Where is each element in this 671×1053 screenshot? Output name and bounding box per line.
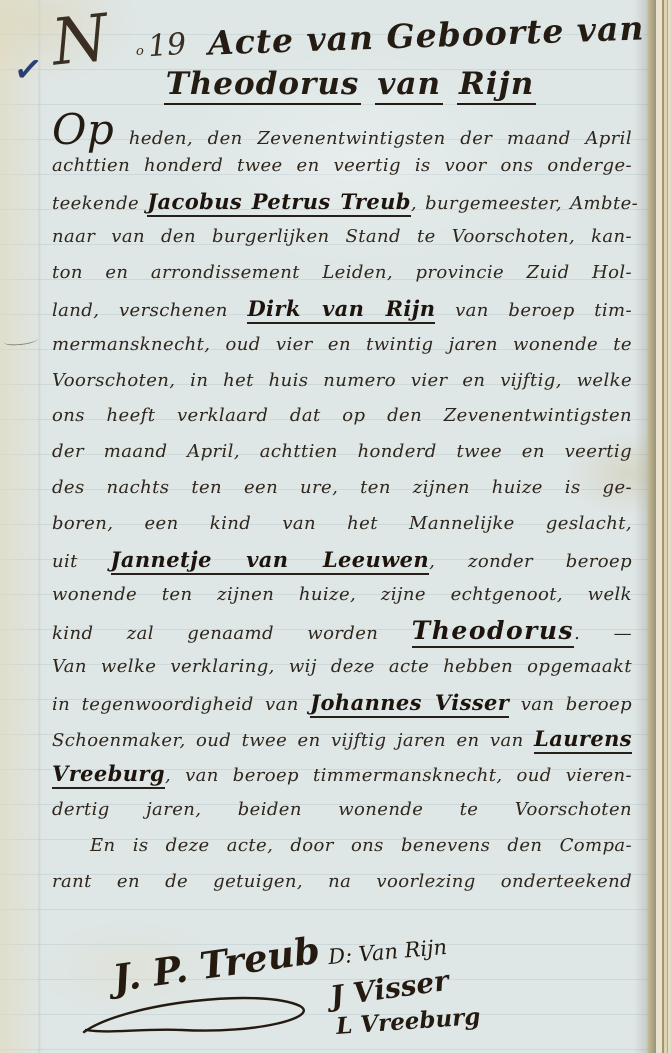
- text-segment: boren, een kind van het Mannelijke gesla…: [52, 513, 632, 534]
- underlined-name: Johannes Visser: [310, 690, 509, 718]
- text-segment: des nachts ten een ure, ten zijnen huize…: [52, 477, 632, 498]
- text-segment: mermansknecht, oud vier en twintig jaren…: [52, 334, 632, 355]
- manuscript-line: Op heden, den Zevenentwintigsten der maa…: [52, 112, 632, 148]
- text-segment: ons heeft verklaard dat op den Zevenentw…: [52, 405, 632, 426]
- manuscript-line: teekende Jacobus Petrus Treub, burgemees…: [52, 184, 632, 220]
- text-segment: kind zal genaamd worden: [52, 623, 412, 644]
- book-page-edges: [656, 0, 671, 1053]
- text-segment: van beroep tim-: [435, 300, 632, 321]
- document-scan: ✓ N o 19 Acte van Geboorte van Theodorus…: [0, 0, 671, 1053]
- text-segment: uit: [52, 551, 111, 572]
- act-number-superscript: o: [136, 44, 144, 59]
- text-segment: , burgemeester, Ambte-: [411, 193, 638, 214]
- act-number-letter: N: [48, 1, 111, 80]
- text-segment: En is deze acte, door ons benevens den C…: [90, 835, 632, 856]
- text-segment: dertig jaren, beiden wonende te Voorscho…: [52, 799, 632, 820]
- manuscript-line: kind zal genaamd worden Theodorus. —: [52, 613, 632, 649]
- act-number: 19: [147, 27, 188, 65]
- underlined-name: Dirk van Rijn: [247, 296, 435, 324]
- text-segment: in tegenwoordigheid van: [52, 694, 310, 715]
- text-segment: Van welke verklaring, wij deze acte hebb…: [52, 656, 632, 677]
- text-segment: ton en arrondissement Leiden, provincie …: [52, 262, 632, 283]
- manuscript-line: Schoenmaker, oud twee en vijftig jaren e…: [52, 721, 632, 757]
- manuscript-line: boren, een kind van het Mannelijke gesla…: [52, 506, 632, 542]
- manuscript-line: uit Jannetje van Leeuwen, zonder beroep: [52, 542, 632, 578]
- document-body: Op heden, den Zevenentwintigsten der maa…: [52, 112, 632, 900]
- text-segment: teekende: [52, 193, 147, 214]
- text-segment: achttien honderd twee en veertig is voor…: [52, 155, 632, 176]
- manuscript-line: ons heeft verklaard dat op den Zevenentw…: [52, 398, 632, 434]
- text-segment: Schoenmaker, oud twee en vijftig jaren e…: [52, 730, 534, 751]
- subtitle-word: van: [375, 66, 443, 105]
- text-segment: . —: [574, 623, 632, 644]
- manuscript-line: des nachts ten een ure, ten zijnen huize…: [52, 470, 632, 506]
- manuscript-line: in tegenwoordigheid van Johannes Visser …: [52, 685, 632, 721]
- check-mark: ✓: [12, 49, 45, 92]
- underlined-name: Theodorus: [412, 616, 574, 648]
- manuscript-line: rant en de getuigen, na voorlezing onder…: [52, 864, 632, 900]
- manuscript-line: wonende ten zijnen huize, zijne echtgeno…: [52, 577, 632, 613]
- subtitle-word: Theodorus: [164, 66, 362, 105]
- underlined-name: Jannetje van Leeuwen: [111, 547, 430, 575]
- manuscript-line: land, verschenen Dirk van Rijn van beroe…: [52, 291, 632, 327]
- subtitle-word: Rijn: [457, 66, 536, 105]
- text-segment: van beroep: [509, 694, 632, 715]
- text-segment: naar van den burgerlijken Stand te Voors…: [52, 226, 632, 247]
- signature-flourish: [78, 988, 328, 1050]
- drop-cap: Op: [52, 105, 114, 154]
- manuscript-line: mermansknecht, oud vier en twintig jaren…: [52, 327, 632, 363]
- text-segment: , van beroep timmermansknecht, oud viere…: [165, 765, 632, 786]
- underlined-name: Jacobus Petrus Treub: [147, 189, 411, 217]
- manuscript-line: Voorschoten, in het huis numero vier en …: [52, 363, 632, 399]
- text-segment: rant en de getuigen, na voorlezing onder…: [52, 871, 632, 892]
- underlined-name: Laurens: [534, 726, 632, 754]
- underlined-name: Vreeburg: [52, 761, 165, 789]
- manuscript-line: ton en arrondissement Leiden, provincie …: [52, 255, 632, 291]
- text-segment: Voorschoten, in het huis numero vier en …: [52, 370, 632, 391]
- text-segment: , zonder beroep: [429, 551, 632, 572]
- manuscript-line: dertig jaren, beiden wonende te Voorscho…: [52, 792, 632, 828]
- manuscript-line: Vreeburg, van beroep timmermansknecht, o…: [52, 756, 632, 792]
- document-subtitle: TheodorusvanRijn: [120, 66, 580, 102]
- manuscript-line: naar van den burgerlijken Stand te Voors…: [52, 219, 632, 255]
- page-edge-shadow: [646, 0, 656, 1053]
- text-segment: heden, den Zevenentwintigsten der maand …: [114, 128, 632, 149]
- manuscript-line: achttien honderd twee en veertig is voor…: [52, 148, 632, 184]
- text-segment: land, verschenen: [52, 300, 247, 321]
- manuscript-line: der maand April, achttien honderd twee e…: [52, 434, 632, 470]
- manuscript-line: Van welke verklaring, wij deze acte hebb…: [52, 649, 632, 685]
- text-segment: wonende ten zijnen huize, zijne echtgeno…: [52, 584, 632, 605]
- text-segment: der maand April, achttien honderd twee e…: [52, 441, 632, 462]
- manuscript-line: En is deze acte, door ons benevens den C…: [52, 828, 632, 864]
